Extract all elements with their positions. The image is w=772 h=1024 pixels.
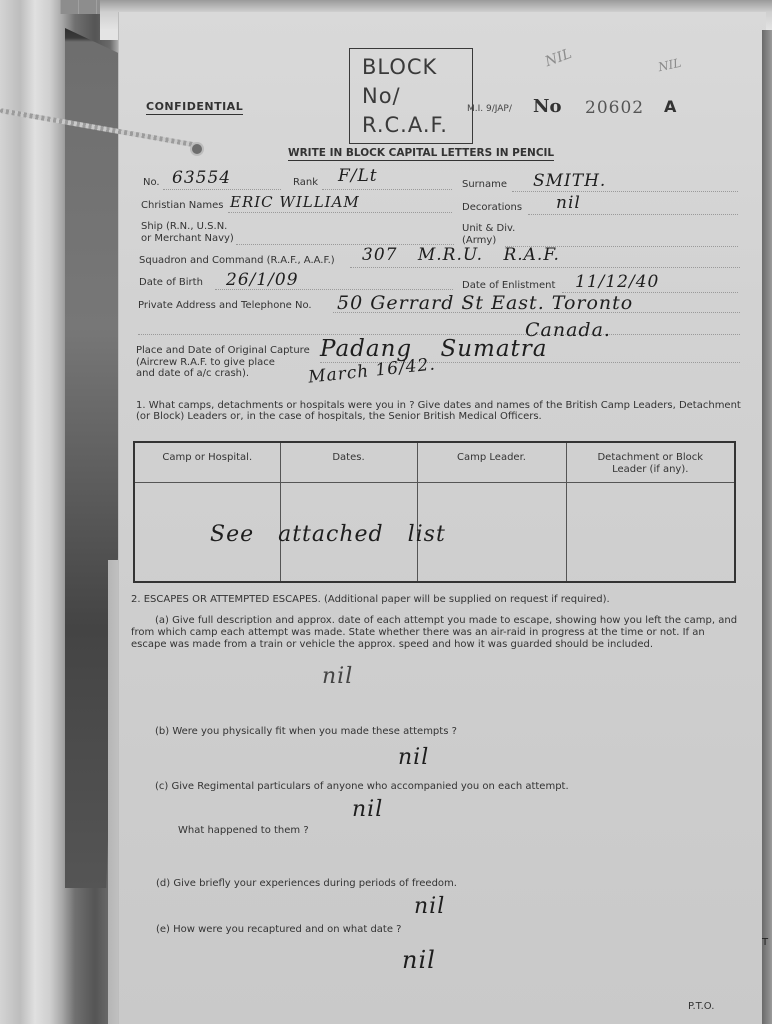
address-label: Private Address and Telephone No.	[138, 300, 312, 311]
christian-names-field[interactable]: ERIC WILLIAM	[230, 193, 360, 211]
squadron-field[interactable]: 307 M.R.U. R.A.F.	[362, 245, 560, 265]
serial-number: 20602	[585, 98, 644, 118]
camps-table-header-row: Camp or Hospital. Dates. Camp Leader. De…	[134, 442, 735, 482]
unit-label: Unit & Div. (Army)	[462, 223, 515, 247]
question-a-line: (a) Give full description and approx. da…	[155, 615, 737, 627]
answer-a-field[interactable]: nil	[322, 664, 353, 689]
section-2-heading: 2. ESCAPES OR ATTEMPTED ESCAPES. (Additi…	[131, 594, 610, 606]
capture-label-line: (Aircrew R.A.F. to give place	[136, 357, 310, 369]
decorations-label: Decorations	[462, 202, 522, 213]
squadron-label: Squadron and Command (R.A.F., A.A.F.)	[139, 255, 335, 266]
answer-d-field[interactable]: nil	[414, 894, 445, 919]
answer-e-field[interactable]: nil	[402, 946, 436, 974]
column-header-camp-leader: Camp Leader.	[417, 442, 566, 482]
block-stamp: BLOCK No/ R.C.A.F.	[349, 48, 473, 144]
block-stamp-line: R.C.A.F.	[362, 111, 472, 140]
rank-label: Rank	[293, 177, 318, 188]
capture-label: Place and Date of Original Capture (Airc…	[136, 345, 310, 380]
column-header-camp: Camp or Hospital.	[134, 442, 280, 482]
table-handwritten-note: See attached list	[210, 522, 446, 547]
ship-label-line: Ship (R.N., U.S.N.	[141, 221, 234, 233]
punch-hole-eyelet	[190, 142, 204, 156]
answer-c-field[interactable]: nil	[352, 797, 383, 822]
number-sign: No	[533, 96, 561, 117]
ship-label-line: or Merchant Navy)	[141, 233, 234, 245]
block-stamp-line: BLOCK	[362, 53, 472, 82]
form-reference: M.I. 9/JAP/	[467, 104, 512, 114]
dob-field[interactable]: 26/1/09	[226, 270, 299, 290]
ship-label: Ship (R.N., U.S.N. or Merchant Navy)	[141, 221, 234, 245]
column-header-dates: Dates.	[280, 442, 417, 482]
instruction-heading: WRITE IN BLOCK CAPITAL LETTERS IN PENCIL	[288, 147, 554, 161]
question-d: (d) Give briefly your experiences during…	[156, 878, 457, 890]
dob-label: Date of Birth	[139, 277, 203, 288]
christian-names-label: Christian Names	[141, 200, 223, 211]
service-no-field[interactable]: 63554	[172, 168, 231, 188]
decorations-field[interactable]: nil	[556, 193, 581, 213]
question-c-followup: What happened to them ?	[178, 825, 309, 837]
question-e: (e) How were you recaptured and on what …	[156, 924, 402, 936]
table-cell[interactable]	[566, 482, 735, 582]
surname-label: Surname	[462, 179, 507, 190]
unit-label-line: Unit & Div.	[462, 223, 515, 235]
question-b: (b) Were you physically fit when you mad…	[155, 726, 457, 738]
page-right-edge	[762, 30, 772, 1024]
address-field[interactable]: 50 Gerrard St East. Toronto	[337, 292, 633, 314]
question-c: (c) Give Regimental particulars of anyon…	[155, 781, 569, 793]
answer-b-field[interactable]: nil	[398, 745, 429, 770]
camps-table: Camp or Hospital. Dates. Camp Leader. De…	[133, 441, 736, 583]
please-turn-over-label: P.T.O.	[688, 1001, 714, 1012]
serial-suffix: A	[664, 97, 676, 116]
enlistment-field[interactable]: 11/12/40	[575, 272, 659, 292]
classification-label: CONFIDENTIAL	[146, 100, 243, 115]
surname-field[interactable]: SMITH.	[533, 171, 606, 191]
edge-mark: T	[762, 937, 768, 948]
column-header-block-leader: Detachment or Block Leader (if any).	[566, 442, 735, 482]
question-a-line: escape was made from a train or vehicle …	[131, 639, 653, 651]
capture-label-line: Place and Date of Original Capture	[136, 345, 310, 357]
enlistment-label: Date of Enlistment	[462, 280, 555, 291]
rank-field[interactable]: F/Lt	[338, 166, 378, 186]
service-no-label: No.	[143, 177, 160, 188]
section-1-question-cont: (or Block) Leaders or, in the case of ho…	[136, 411, 542, 423]
capture-label-line: and date of a/c crash).	[136, 368, 310, 380]
question-a-line: from which camp each attempt was made. S…	[131, 627, 705, 639]
block-stamp-line: No/	[362, 82, 472, 111]
